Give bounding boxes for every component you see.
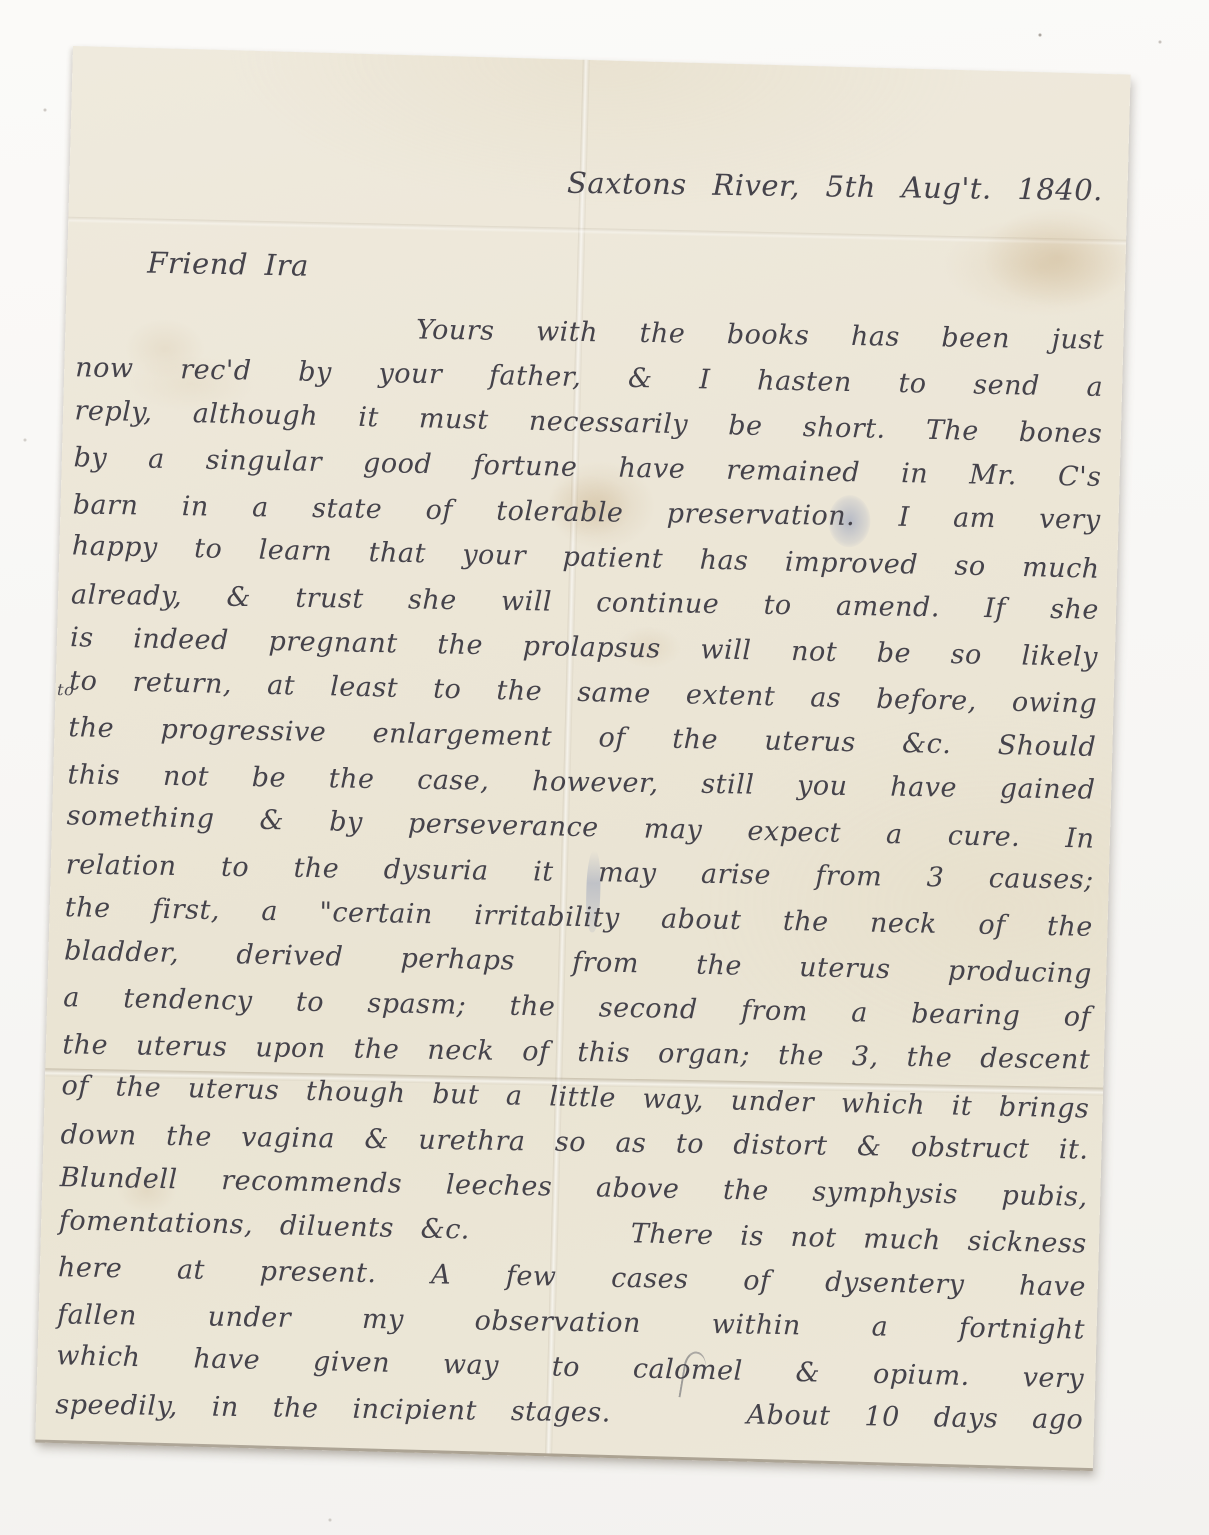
letter-page: Saxtons River, 5th Aug't. 1840. Friend I… <box>35 46 1130 1471</box>
letter-salutation: Friend Ira <box>147 246 309 283</box>
letter-body: Yours with the books has been justnow re… <box>55 300 1104 1445</box>
letter-content: Saxtons River, 5th Aug't. 1840. Friend I… <box>41 50 1126 1464</box>
letter-dateline: Saxtons River, 5th Aug't. 1840. <box>65 159 1103 207</box>
scanned-letter-photo: Saxtons River, 5th Aug't. 1840. Friend I… <box>0 0 1209 1535</box>
